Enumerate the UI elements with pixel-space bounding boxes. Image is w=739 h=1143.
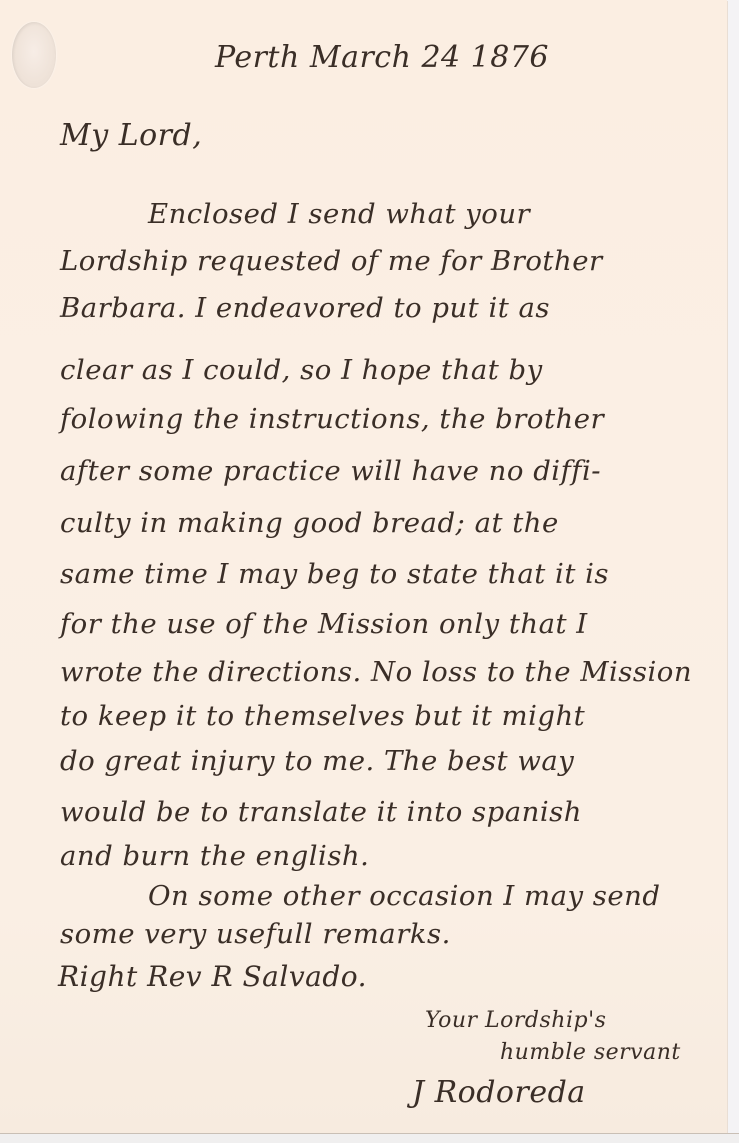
body-line: wrote the directions. No loss to the Mis… (60, 656, 692, 688)
body-line: Barbara. I endeavored to put it as (60, 292, 550, 324)
body-line: culty in making good bread; at the (60, 507, 559, 539)
closing-line: Your Lordship's (425, 1008, 606, 1033)
body-line: some very usefull remarks. (60, 918, 451, 950)
body-line: folowing the instructions, the brother (60, 403, 604, 435)
body-line: On some other occasion I may send (148, 880, 660, 912)
body-line: do great injury to me. The best way (60, 745, 574, 777)
body-line: Lordship requested of me for Brother (60, 245, 603, 277)
body-line: after some practice will have no diffi- (60, 455, 601, 487)
embossed-seal (12, 22, 56, 88)
signature: J Rodoreda (412, 1075, 586, 1110)
body-line: to keep it to themselves but it might (60, 700, 585, 732)
page-edge (0, 1133, 739, 1143)
body-line: clear as I could, so I hope that by (60, 354, 543, 386)
addressee: Right Rev R Salvado. (58, 960, 367, 993)
letter-date: Perth March 24 1876 (215, 40, 549, 75)
closing-line: humble servant (500, 1040, 681, 1065)
body-line: Enclosed I send what your (148, 198, 530, 230)
body-line: same time I may beg to state that it is (60, 558, 609, 590)
body-line: would be to translate it into spanish (60, 796, 582, 828)
letter-sheet: Perth March 24 1876 My Lord, Enclosed I … (0, 0, 727, 1133)
salutation: My Lord, (60, 118, 202, 153)
body-line: and burn the english. (60, 840, 369, 872)
body-line: for the use of the Mission only that I (60, 608, 588, 640)
